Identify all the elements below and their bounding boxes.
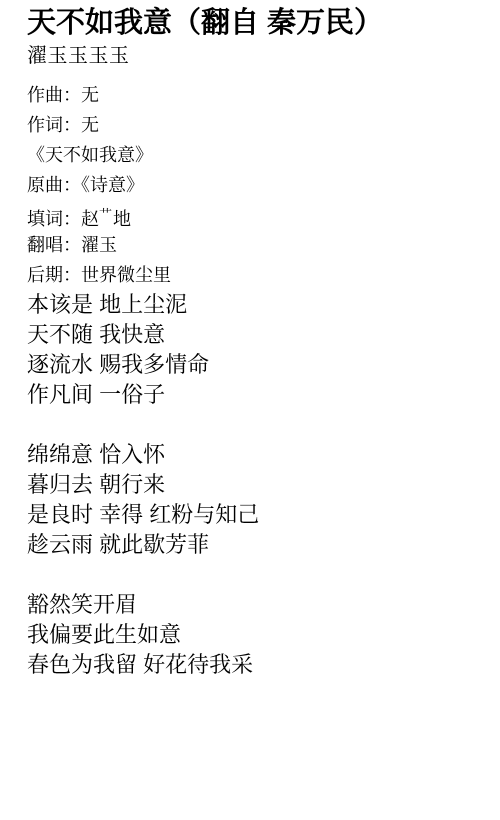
tianci-prefix: 填词：赵 [27,209,99,229]
lyrics-page: 天不如我意（翻自 秦万民） 濯玉玉玉玉 作曲：无 作词：无 《天不如我意》 原曲… [0,0,500,680]
lyric-line: 逐流水 赐我多情命 [27,350,480,380]
lyric-line: 本该是 地上尘泥 [27,290,480,320]
credits-section: 作曲：无 作词：无 《天不如我意》 原曲：《诗意》 填词：赵艹地 翻唱：濯玉 后… [27,80,480,290]
lyric-line: 暮归去 朝行来 [27,470,480,500]
lyrics-block: 作曲：无 作词：无 《天不如我意》 原曲：《诗意》 填词：赵艹地 翻唱：濯玉 后… [27,80,480,680]
credit-line: 作词：无 [27,110,480,140]
tianci-suffix: 地 [113,209,131,229]
verse-3: 豁然笑开眉 我偏要此生如意 春色为我留 好花待我采 [27,590,480,680]
credit-line-tianci: 填词：赵艹地 [27,200,480,230]
lyric-line: 春色为我留 好花待我采 [27,650,480,680]
verse-2: 绵绵意 恰入怀 暮归去 朝行来 是良时 幸得 红粉与知己 趁云雨 就此歇芳菲 [27,440,480,560]
credit-line: 《天不如我意》 [27,140,480,170]
credit-line: 作曲：无 [27,80,480,110]
credit-line: 后期：世界微尘里 [27,260,480,290]
lyric-line: 是良时 幸得 红粉与知己 [27,500,480,530]
lyric-line: 我偏要此生如意 [27,620,480,650]
lyric-line: 趁云雨 就此歇芳菲 [27,530,480,560]
artist-name: 濯玉玉玉玉 [27,44,480,68]
lyric-line: 作凡间 一俗子 [27,380,480,410]
lyric-line: 绵绵意 恰入怀 [27,440,480,470]
lyric-line: 豁然笑开眉 [27,590,480,620]
credit-line: 翻唱：濯玉 [27,230,480,260]
lyric-line: 天不随 我快意 [27,320,480,350]
verse-1: 本该是 地上尘泥 天不随 我快意 逐流水 赐我多情命 作凡间 一俗子 [27,290,480,410]
credit-line: 原曲：《诗意》 [27,170,480,200]
page-title: 天不如我意（翻自 秦万民） [27,5,480,41]
tianci-superscript-char: 艹 [99,207,113,222]
